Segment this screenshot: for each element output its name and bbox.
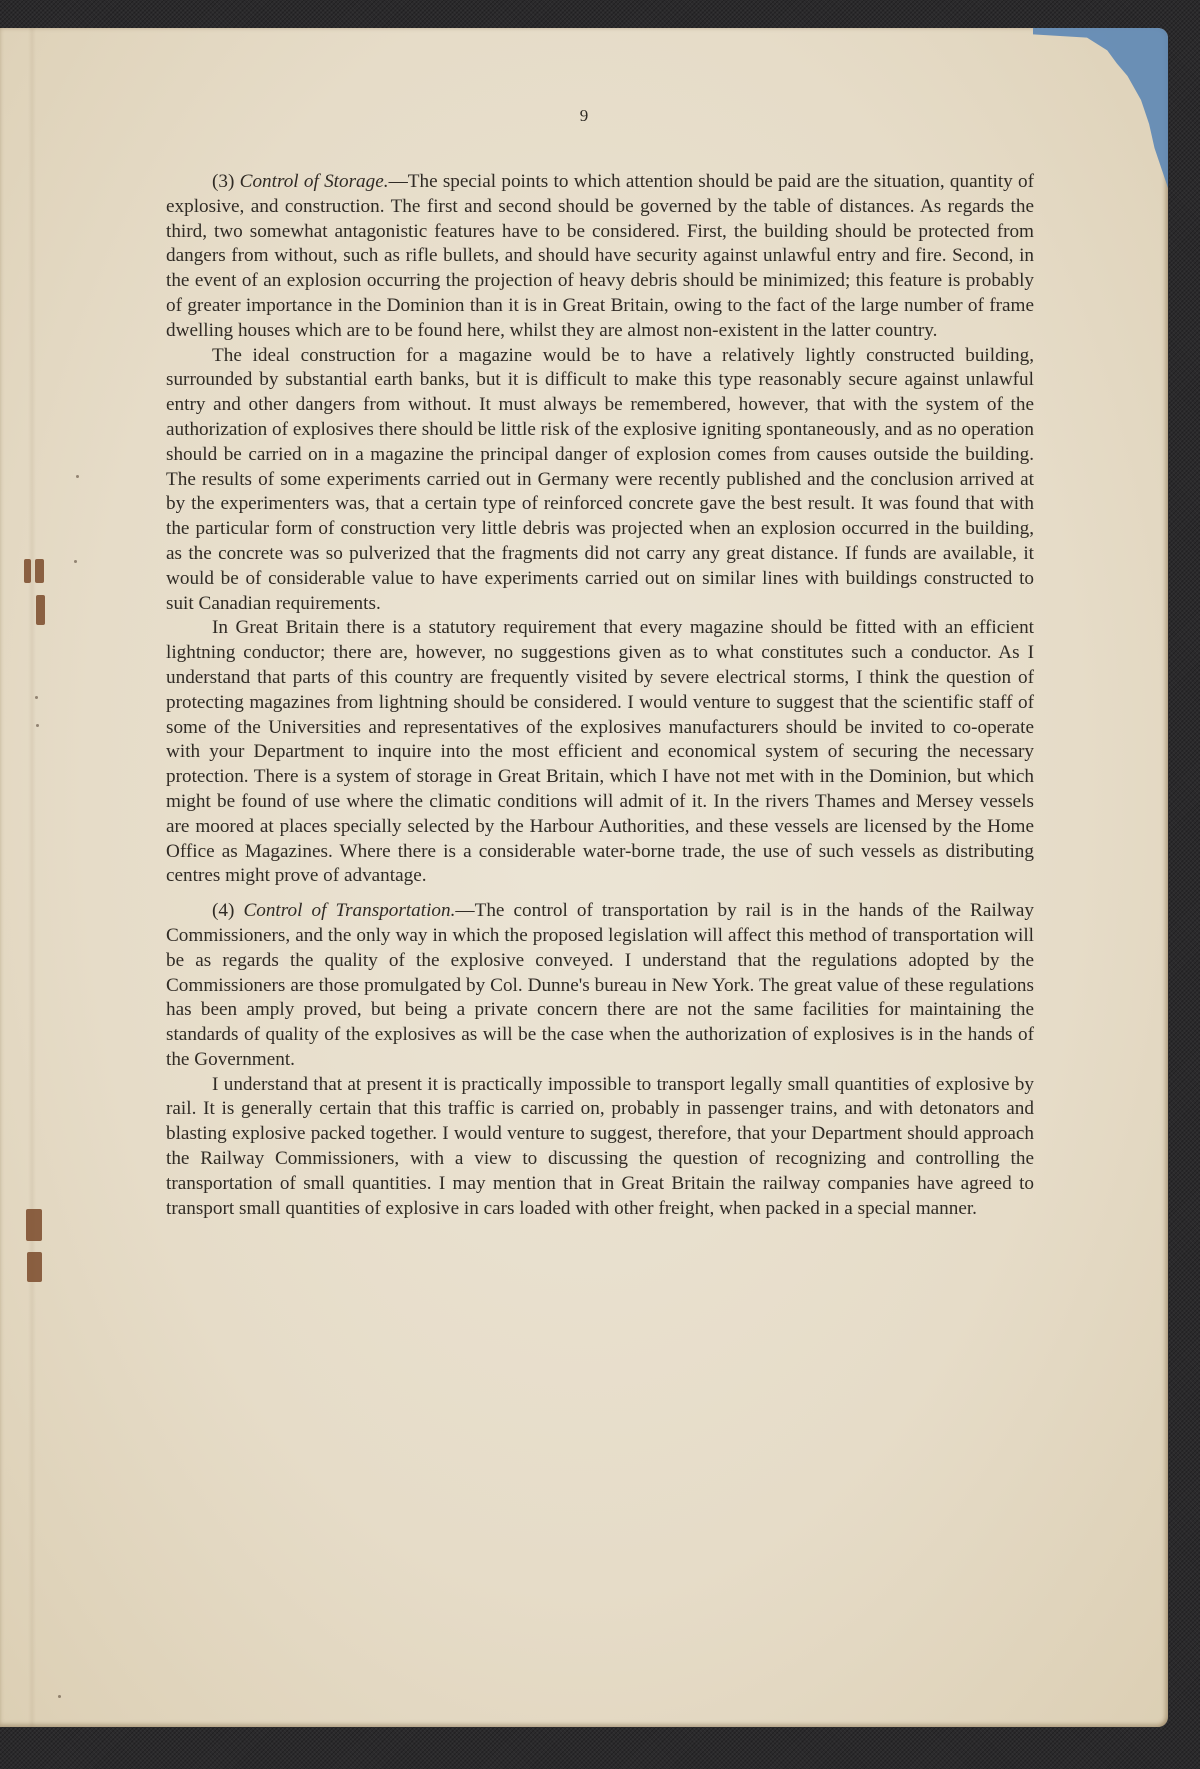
- section-heading: Control of Transportation.: [243, 900, 455, 921]
- section-heading: Control of Storage.: [240, 171, 389, 192]
- body-text: (3) Control of Storage.—The special poin…: [166, 170, 1034, 1221]
- staple-rust-mark: [26, 1209, 42, 1241]
- staple-rust-mark: [35, 559, 44, 583]
- section-3-paragraph-2: The ideal construction for a magazine wo…: [166, 344, 1034, 617]
- staple-rust-mark: [24, 559, 31, 583]
- staple-rust-mark: [36, 595, 45, 625]
- document-page: 9 (3) Control of Storage.—The special po…: [0, 28, 1168, 1727]
- paragraph-text: —The special points to which attention s…: [166, 171, 1034, 341]
- paper-speck: [35, 696, 38, 699]
- section-3-paragraph-3: In Great Britain there is a statutory re…: [166, 616, 1034, 889]
- section-4-paragraph-1: (4) Control of Transportation.—The contr…: [166, 899, 1034, 1073]
- paper-speck: [58, 1695, 61, 1698]
- binding-gutter: [28, 28, 36, 1727]
- page-number: 9: [0, 106, 1168, 126]
- section-4-paragraph-2: I understand that at present it is pract…: [166, 1073, 1034, 1222]
- paper-speck: [76, 475, 79, 478]
- paper-speck: [74, 560, 77, 563]
- paragraph-text: —The control of transportation by rail i…: [166, 900, 1034, 1070]
- staple-rust-mark: [27, 1252, 42, 1282]
- paper-speck: [36, 724, 39, 727]
- section-number: (3): [212, 171, 234, 192]
- section-3-paragraph-1: (3) Control of Storage.—The special poin…: [166, 170, 1034, 344]
- section-number: (4): [212, 900, 234, 921]
